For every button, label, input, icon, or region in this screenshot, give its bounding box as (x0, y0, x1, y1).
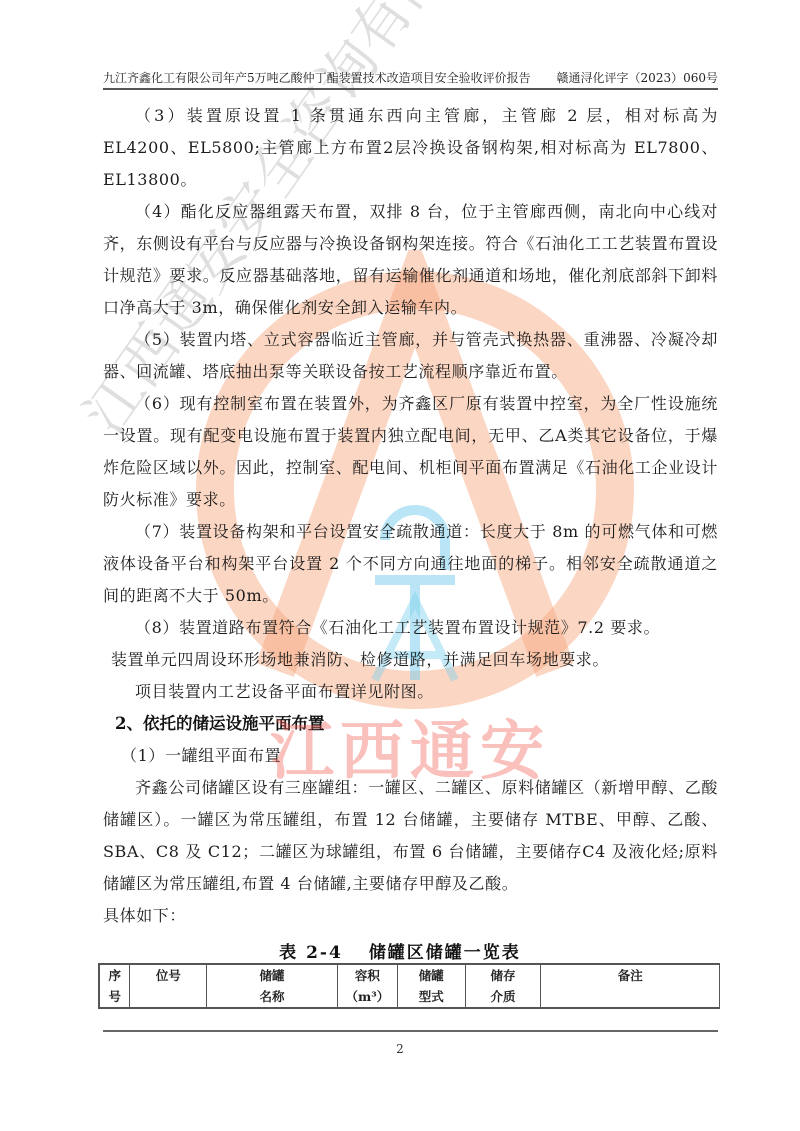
paragraph-item-5: （5）装置内塔、立式容器临近主管廊，并与管壳式换热器、重沸器、冷凝冷却器、回流罐… (103, 324, 718, 388)
paragraph-as-follows: 具体如下： (103, 900, 718, 932)
table-header-row: 序号 位号 储罐名称 容积（m³） 储罐型式 储存介质 备注 (99, 964, 720, 1008)
document-page: 江西通安安全咨询有限公司 九江齐鑫化工有限公司年产5万吨乙酸仲丁酯装置技术改造项… (0, 0, 800, 1131)
tank-table: 序号 位号 储罐名称 容积（m³） 储罐型式 储存介质 备注 (98, 963, 720, 1009)
column-header-index: 序号 (99, 964, 130, 1008)
paragraph-item-3: （3）装置原设置 1 条贯通东西向主管廊，主管廊 2 层，相对标高为EL4200… (103, 100, 718, 196)
column-header-remarks: 备注 (541, 964, 720, 1008)
report-number: 赣通浔化评字（2023）060号 (557, 70, 718, 86)
column-header-tag: 位号 (130, 964, 207, 1008)
running-header: 九江齐鑫化工有限公司年产5万吨乙酸仲丁酯装置技术改造项目安全验收评价报告 赣通浔… (103, 70, 718, 90)
paragraph-item-4: （4）酯化反应器组露天布置，双排 8 台，位于主管廊西侧，南北向中心线对齐，东侧… (103, 196, 718, 324)
paragraph-item-6: （6）现有控制室布置在装置外，为齐鑫区厂原有装置中控室，为全厂性设施统一设置。现… (103, 388, 718, 516)
subsection-heading: （1）一罐组平面布置 (103, 740, 718, 772)
page-number: 2 (0, 1042, 800, 1056)
section-heading: 2、依托的储运设施平面布置 (103, 708, 718, 740)
footer-divider (103, 1030, 718, 1032)
report-title: 九江齐鑫化工有限公司年产5万吨乙酸仲丁酯装置技术改造项目安全验收评价报告 (103, 70, 531, 86)
body-text: （3）装置原设置 1 条贯通东西向主管廊，主管廊 2 层，相对标高为EL4200… (103, 100, 718, 932)
column-header-tank-name: 储罐名称 (207, 964, 338, 1008)
table-number: 表 2-4 (279, 943, 343, 963)
column-header-tank-type: 储罐型式 (397, 964, 465, 1008)
paragraph-see-appendix: 项目装置内工艺设备平面布置详见附图。 (103, 676, 718, 708)
table-caption: 表 2-4储罐区储罐一览表 (0, 938, 800, 963)
paragraph-tank-areas: 齐鑫公司储罐区设有三座罐组：一罐区、二罐区、原料储罐区（新增甲醇、乙酸储罐区）。… (103, 772, 718, 900)
paragraph-item-8: （8）装置道路布置符合《石油化工工艺装置布置设计规范》7.2 要求。 (103, 612, 718, 644)
paragraph-item-8-continued: 装置单元四周设环形场地兼消防、检修道路，并满足回车场地要求。 (103, 644, 718, 676)
column-header-medium: 储存介质 (465, 964, 541, 1008)
table-title: 储罐区储罐一览表 (369, 943, 521, 963)
paragraph-item-7: （7）装置设备构架和平台设置安全疏散通道：长度大于 8m 的可燃气体和可燃液体设… (103, 516, 718, 612)
column-header-volume: 容积（m³） (337, 964, 397, 1008)
